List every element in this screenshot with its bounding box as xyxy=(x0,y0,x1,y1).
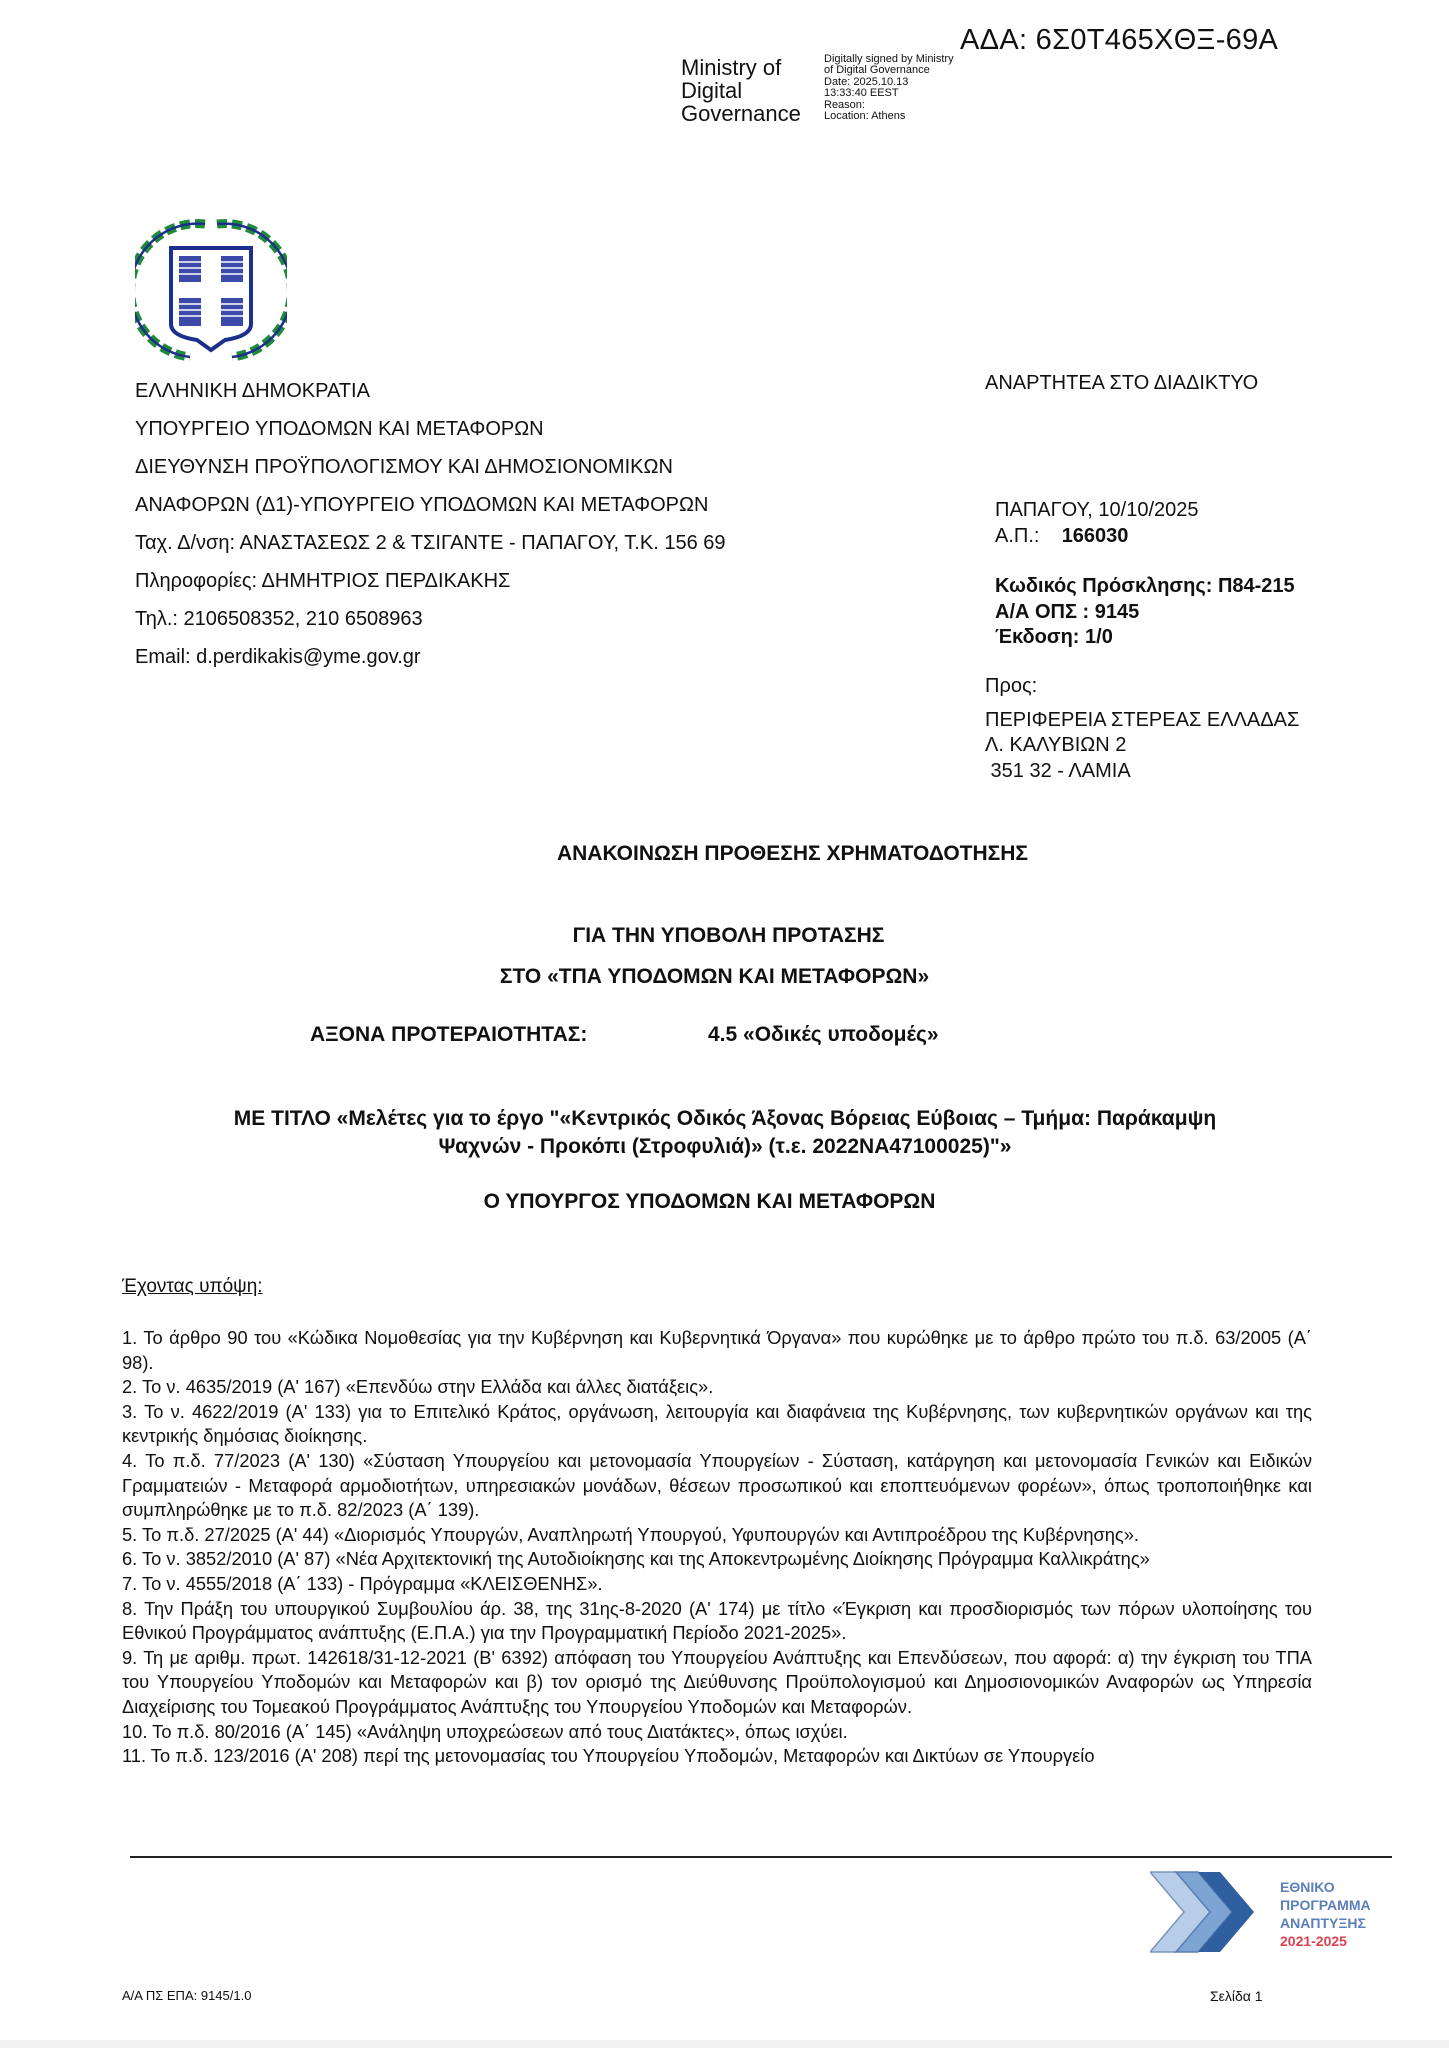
signature-details: Digitally signed by Ministry of Digital … xyxy=(824,54,954,122)
signature-line: Location: Athens xyxy=(824,111,954,122)
sender-line: Πληροφορίες: ΔΗΜΗΤΡΙΟΣ ΠΕΡΔΙΚΑΚΗΣ xyxy=(135,562,726,600)
signature-line: 13:33:40 EEST xyxy=(824,88,954,99)
recipient-line: Λ. ΚΑΛΥΒΙΩΝ 2 xyxy=(985,733,1299,759)
sender-email[interactable]: Email: d.perdikakis@yme.gov.gr xyxy=(135,638,726,676)
list-item: 4. Το π.δ. 77/2023 (Α' 130) «Σύσταση Υπο… xyxy=(122,1449,1312,1523)
heading-announcement: ΑΝΑΚΟΙΝΩΣΗ ΠΡΟΘΕΣΗΣ ΧΡΗΜΑΤΟΔΟΤΗΣΗΣ xyxy=(68,842,1449,866)
sender-line: ΥΠΟΥΡΓΕΙΟ ΥΠΟΔΟΜΩΝ ΚΑΙ ΜΕΤΑΦΟΡΩΝ xyxy=(135,410,726,448)
svg-text:ΕΘΝΙΚΟ: ΕΘΝΙΚΟ xyxy=(1280,1879,1335,1895)
signer-line: Ministry of xyxy=(681,56,801,79)
svg-text:ΠΡΟΓΡΑΜΜΑ: ΠΡΟΓΡΑΜΜΑ xyxy=(1280,1897,1371,1913)
considerations-list: 1. Το άρθρο 90 του «Κώδικα Νομοθεσίας γι… xyxy=(122,1326,1312,1769)
place-date: ΠΑΠΑΓΟΥ, 10/10/2025 xyxy=(995,498,1295,524)
to-label: Προς: xyxy=(985,674,1299,700)
posting-note: ΑΝΑΡΤΗΤΕΑ ΣΤΟ ΔΙΑΔΙΚΤΥΟ xyxy=(985,372,1258,395)
signer-line: Governance xyxy=(681,102,801,125)
sender-line: Ταχ. Δ/νση: ΑΝΑΣΤΑΣΕΩΣ 2 & ΤΣΙΓΑΝΤΕ - ΠΑ… xyxy=(135,524,726,562)
reference-block: ΠΑΠΑΓΟΥ, 10/10/2025 Α.Π.: 166030 Κωδικός… xyxy=(995,498,1295,651)
sender-line: ΔΙΕΥΘΥΝΣΗ ΠΡΟΫΠΟΛΟΓΙΣΜΟΥ ΚΑΙ ΔΗΜΟΣΙΟΝΟΜΙ… xyxy=(135,448,726,486)
sender-block: ΕΛΛΗΝΙΚΗ ΔΗΜΟΚΡΑΤΙΑ ΥΠΟΥΡΓΕΙΟ ΥΠΟΔΟΜΩΝ Κ… xyxy=(135,372,726,676)
list-item: 11. Το π.δ. 123/2016 (Α' 208) περί της μ… xyxy=(122,1744,1312,1769)
list-item: 10. Το π.δ. 80/2016 (Α΄ 145) «Ανάληψη υπ… xyxy=(122,1720,1312,1745)
divider xyxy=(130,1856,1392,1858)
list-item: 1. Το άρθρο 90 του «Κώδικα Νομοθεσίας γι… xyxy=(122,1326,1312,1375)
list-item: 2. Το ν. 4635/2019 (Α' 167) «Επενδύω στη… xyxy=(122,1375,1312,1400)
sender-line: ΕΛΛΗΝΙΚΗ ΔΗΜΟΚΡΑΤΙΑ xyxy=(135,372,726,410)
signer-line: Digital xyxy=(681,79,801,102)
footer-reference: Α/Α ΠΣ ΕΠΑ: 9145/1.0 xyxy=(122,1988,251,2003)
recipient-block: Προς: ΠΕΡΙΦΕΡΕΙΑ ΣΤΕΡΕΑΣ ΕΛΛΑΔΑΣ Λ. ΚΑΛΥ… xyxy=(985,674,1299,784)
edition: Έκδοση: 1/0 xyxy=(995,625,1295,651)
minister-heading: Ο ΥΠΟΥΡΓΟΣ ΥΠΟΔΟΜΩΝ ΚΑΙ ΜΕΤΑΦΟΡΩΝ xyxy=(0,1190,1434,1214)
heading-program: ΣΤΟ «ΤΠΑ ΥΠΟΔΟΜΩΝ ΚΑΙ ΜΕΤΑΦΟΡΩΝ» xyxy=(0,965,1439,989)
recipient-line: ΠΕΡΙΦΕΡΕΙΑ ΣΤΕΡΕΑΣ ΕΛΛΑΔΑΣ xyxy=(985,708,1299,734)
page-number: Σελίδα 1 xyxy=(1210,1988,1263,2004)
ops-number: Α/Α ΟΠΣ : 9145 xyxy=(995,600,1295,626)
protocol-number: 166030 xyxy=(1062,525,1129,547)
protocol-row: Α.Π.: 166030 xyxy=(995,524,1295,550)
svg-text:2021-2025: 2021-2025 xyxy=(1280,1933,1347,1949)
call-code: Κωδικός Πρόσκλησης: Π84-215 xyxy=(995,574,1295,600)
project-title: ΜΕ ΤΙΤΛΟ «Μελέτες για το έργο "«Κεντρικό… xyxy=(130,1105,1320,1161)
svg-text:ΑΝΑΠΤΥΞΗΣ: ΑΝΑΠΤΥΞΗΣ xyxy=(1280,1915,1366,1931)
priority-axis-label: ΑΞΟΝΑ ΠΡΟΤΕΡΑΙΟΤΗΤΑΣ: xyxy=(310,1023,587,1047)
list-item: 6. Το ν. 3852/2010 (Α' 87) «Νέα Αρχιτεκτ… xyxy=(122,1547,1312,1572)
heading-submission: ΓΙΑ ΤΗΝ ΥΠΟΒΟΛΗ ΠΡΟΤΑΣΗΣ xyxy=(4,924,1449,948)
sender-line: ΑΝΑΦΟΡΩΝ (Δ1)-ΥΠΟΥΡΓΕΙΟ ΥΠΟΔΟΜΩΝ ΚΑΙ ΜΕΤ… xyxy=(135,486,726,524)
list-item: 3. Το ν. 4622/2019 (Α' 133) για το Επιτε… xyxy=(122,1400,1312,1449)
considering-label: Έχοντας υπόψη: xyxy=(122,1276,263,1298)
protocol-label: Α.Π.: xyxy=(995,525,1039,547)
page-edge xyxy=(0,2040,1449,2048)
priority-axis-value: 4.5 «Οδικές υποδομές» xyxy=(708,1023,939,1047)
project-title-line: Ψαχνών - Προκόπι (Στροφυλιά)» (τ.ε. 2022… xyxy=(130,1133,1320,1161)
list-item: 8. Την Πράξη του υπουργικού Συμβουλίου ά… xyxy=(122,1597,1312,1646)
project-title-line: ΜΕ ΤΙΤΛΟ «Μελέτες για το έργο "«Κεντρικό… xyxy=(130,1105,1320,1133)
recipient-line: 351 32 - ΛΑΜΙΑ xyxy=(985,759,1299,785)
sender-line: Τηλ.: 2106508352, 210 6508963 xyxy=(135,600,726,638)
epa-logo-icon: ΕΘΝΙΚΟ ΠΡΟΓΡΑΜΜΑ ΑΝΑΠΤΥΞΗΣ 2021-2025 xyxy=(1150,1862,1390,1962)
list-item: 5. Το π.δ. 27/2025 (Α' 44) «Διορισμός Υπ… xyxy=(122,1523,1312,1548)
signer-name: Ministry of Digital Governance xyxy=(681,56,801,125)
list-item: 7. Το ν. 4555/2018 (Α΄ 133) - Πρόγραμμα … xyxy=(122,1572,1312,1597)
list-item: 9. Τη με αριθμ. πρωτ. 142618/31-12-2021 … xyxy=(122,1646,1312,1720)
ada-code: ΑΔΑ: 6Σ0Τ465ΧΘΞ-69Α xyxy=(960,24,1278,57)
coat-of-arms-icon xyxy=(135,212,287,368)
